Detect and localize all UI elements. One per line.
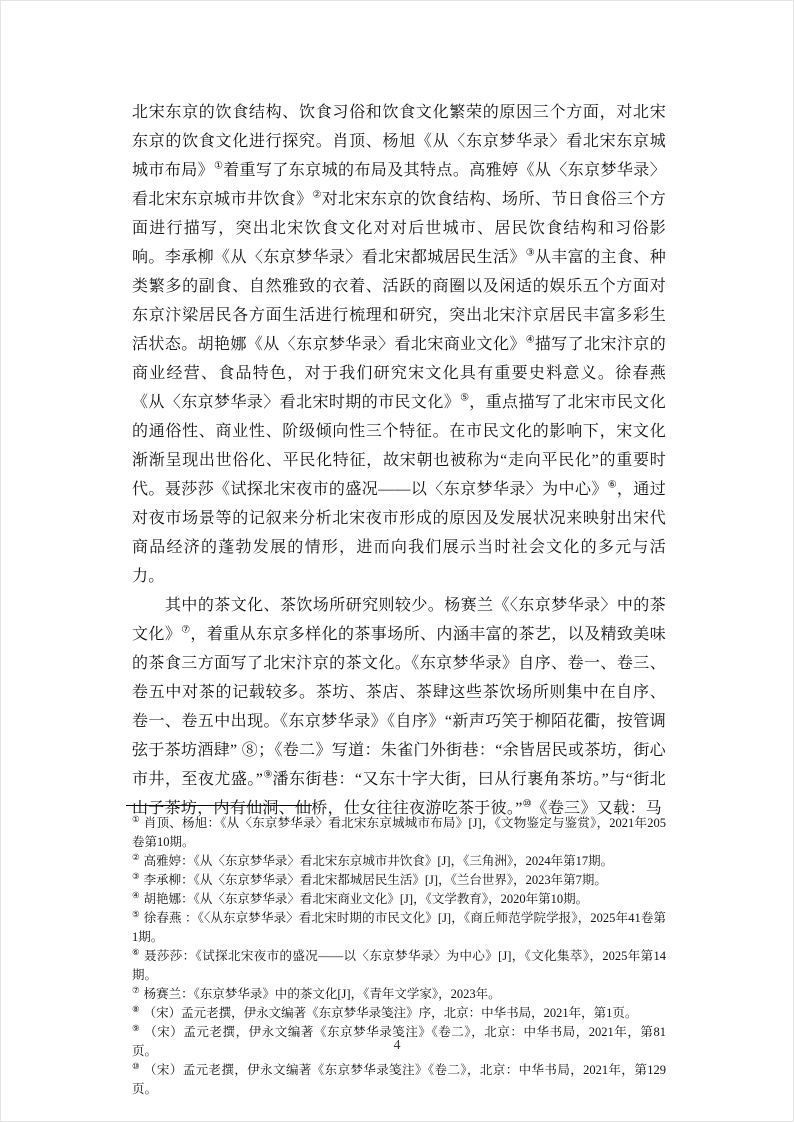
footnote-marker: ④ (132, 890, 140, 900)
footnote-marker: ② (132, 852, 140, 862)
footnote-marker: ③ (132, 871, 140, 881)
body-paragraph: 其中的茶文化、茶饮场所研究则较少。杨赛兰《〈东京梦华录〉中的茶文化》⑦，着重从东… (132, 591, 666, 823)
footnote-text: 胡艳娜：《从〈东京梦华录〉看北宋商业文化》[J]，《文学教育》，2020年第10… (144, 892, 588, 906)
footnote-ref: ⑩ (523, 799, 532, 810)
footnote-ref: ④ (526, 335, 535, 346)
footnote-marker: ⑨ (132, 1023, 140, 1033)
footnote-marker: ⑦ (132, 985, 140, 995)
footnote-text: 杨赛兰：《东京梦华录》中的茶文化[J]，《青年文学家》，2023年。 (144, 987, 501, 1001)
footnote-text: 高雅婷：《从〈东京梦华录〉看北宋东京城市井饮食》[J]，《三角洲》，2024年第… (144, 854, 613, 868)
footnote-item: ④胡艳娜：《从〈东京梦华录〉看北宋商业文化》[J]，《文学教育》，2020年第1… (132, 890, 666, 909)
footnote-item: ⑦杨赛兰：《东京梦华录》中的茶文化[J]，《青年文学家》，2023年。 (132, 985, 666, 1004)
footnote-ref: ③ (526, 248, 535, 259)
footnote-separator (126, 805, 312, 806)
footnote-marker: ⑧ (132, 1004, 140, 1014)
footnote-item: ②高雅婷：《从〈东京梦华录〉看北宋东京城市井饮食》[J]，《三角洲》，2024年… (132, 852, 666, 871)
footnote-marker: ① (132, 814, 140, 824)
footnote-item: ⑩（宋）孟元老撰，伊永文编著《东京梦华录笺注》《卷二》，北京：中华书局，2021… (132, 1061, 666, 1099)
footnote-marker: ⑤ (132, 909, 140, 919)
footnote-ref: ① (214, 161, 223, 172)
footnotes: ①肖顶、杨旭：《从〈东京梦华录〉看北宋东京城城市布局》[J]，《文物鉴定与鉴赏》… (132, 814, 666, 1099)
footnote-item: ⑤徐春燕 ：《〈从东京梦华录〉看北宋时期的市民文化》[J]，《商丘师范学院学报》… (132, 909, 666, 947)
document-page: 北宋东京的饮食结构、饮食习俗和饮食文化繁荣的原因三个方面，对北宋东京的饮食文化进… (0, 0, 794, 1122)
footnote-ref: ⑤ (460, 393, 469, 404)
footnote-text: 肖顶、杨旭：《从〈东京梦华录〉看北宋东京城城市布局》[J]，《文物鉴定与鉴赏》，… (132, 816, 666, 849)
footnote-ref: ⑨ (263, 770, 272, 781)
body-paragraph: 北宋东京的饮食结构、饮食习俗和饮食文化繁荣的原因三个方面，对北宋东京的饮食文化进… (132, 98, 666, 591)
footnote-text: （宋）孟元老撰，伊永文编著《东京梦华录笺注》《卷二》，北京：中华书局，2021年… (132, 1063, 666, 1096)
footnote-item: ⑥聂莎莎：《试探北宋夜市的盛况——以〈东京梦华录〉为中心》[J]，《文化集萃》，… (132, 947, 666, 985)
footnote-text: 徐春燕 ：《〈从东京梦华录〉看北宋时期的市民文化》[J]，《商丘师范学院学报》，… (132, 911, 666, 944)
footnote-item: ③李承柳：《从〈东京梦华录〉看北宋都城居民生活》[J]，《兰台世界》，2023年… (132, 871, 666, 890)
footnote-text: 聂莎莎：《试探北宋夜市的盛况——以〈东京梦华录〉为中心》[J]，《文化集萃》，2… (132, 949, 666, 982)
footnote-marker: ⑥ (132, 947, 140, 957)
footnote-item: ⑧（宋）孟元老撰，伊永文编著《东京梦华录笺注》序，北京：中华书局，2021年，第… (132, 1004, 666, 1023)
footnote-text: （宋）孟元老撰，伊永文编著《东京梦华录笺注》序，北京：中华书局，2021年，第1… (144, 1006, 638, 1020)
footnote-text: 李承柳：《从〈东京梦华录〉看北宋都城居民生活》[J]，《兰台世界》，2023年第… (144, 873, 607, 887)
footnote-marker: ⑩ (132, 1061, 140, 1071)
footnote-ref: ⑥ (608, 480, 617, 491)
footnote-ref: ⑦ (181, 625, 190, 636)
page-number: 4 (1, 1038, 793, 1054)
footnote-item: ①肖顶、杨旭：《从〈东京梦华录〉看北宋东京城城市布局》[J]，《文物鉴定与鉴赏》… (132, 814, 666, 852)
body-text: 北宋东京的饮食结构、饮食习俗和饮食文化繁荣的原因三个方面，对北宋东京的饮食文化进… (132, 98, 666, 823)
footnote-ref: ② (312, 190, 321, 201)
